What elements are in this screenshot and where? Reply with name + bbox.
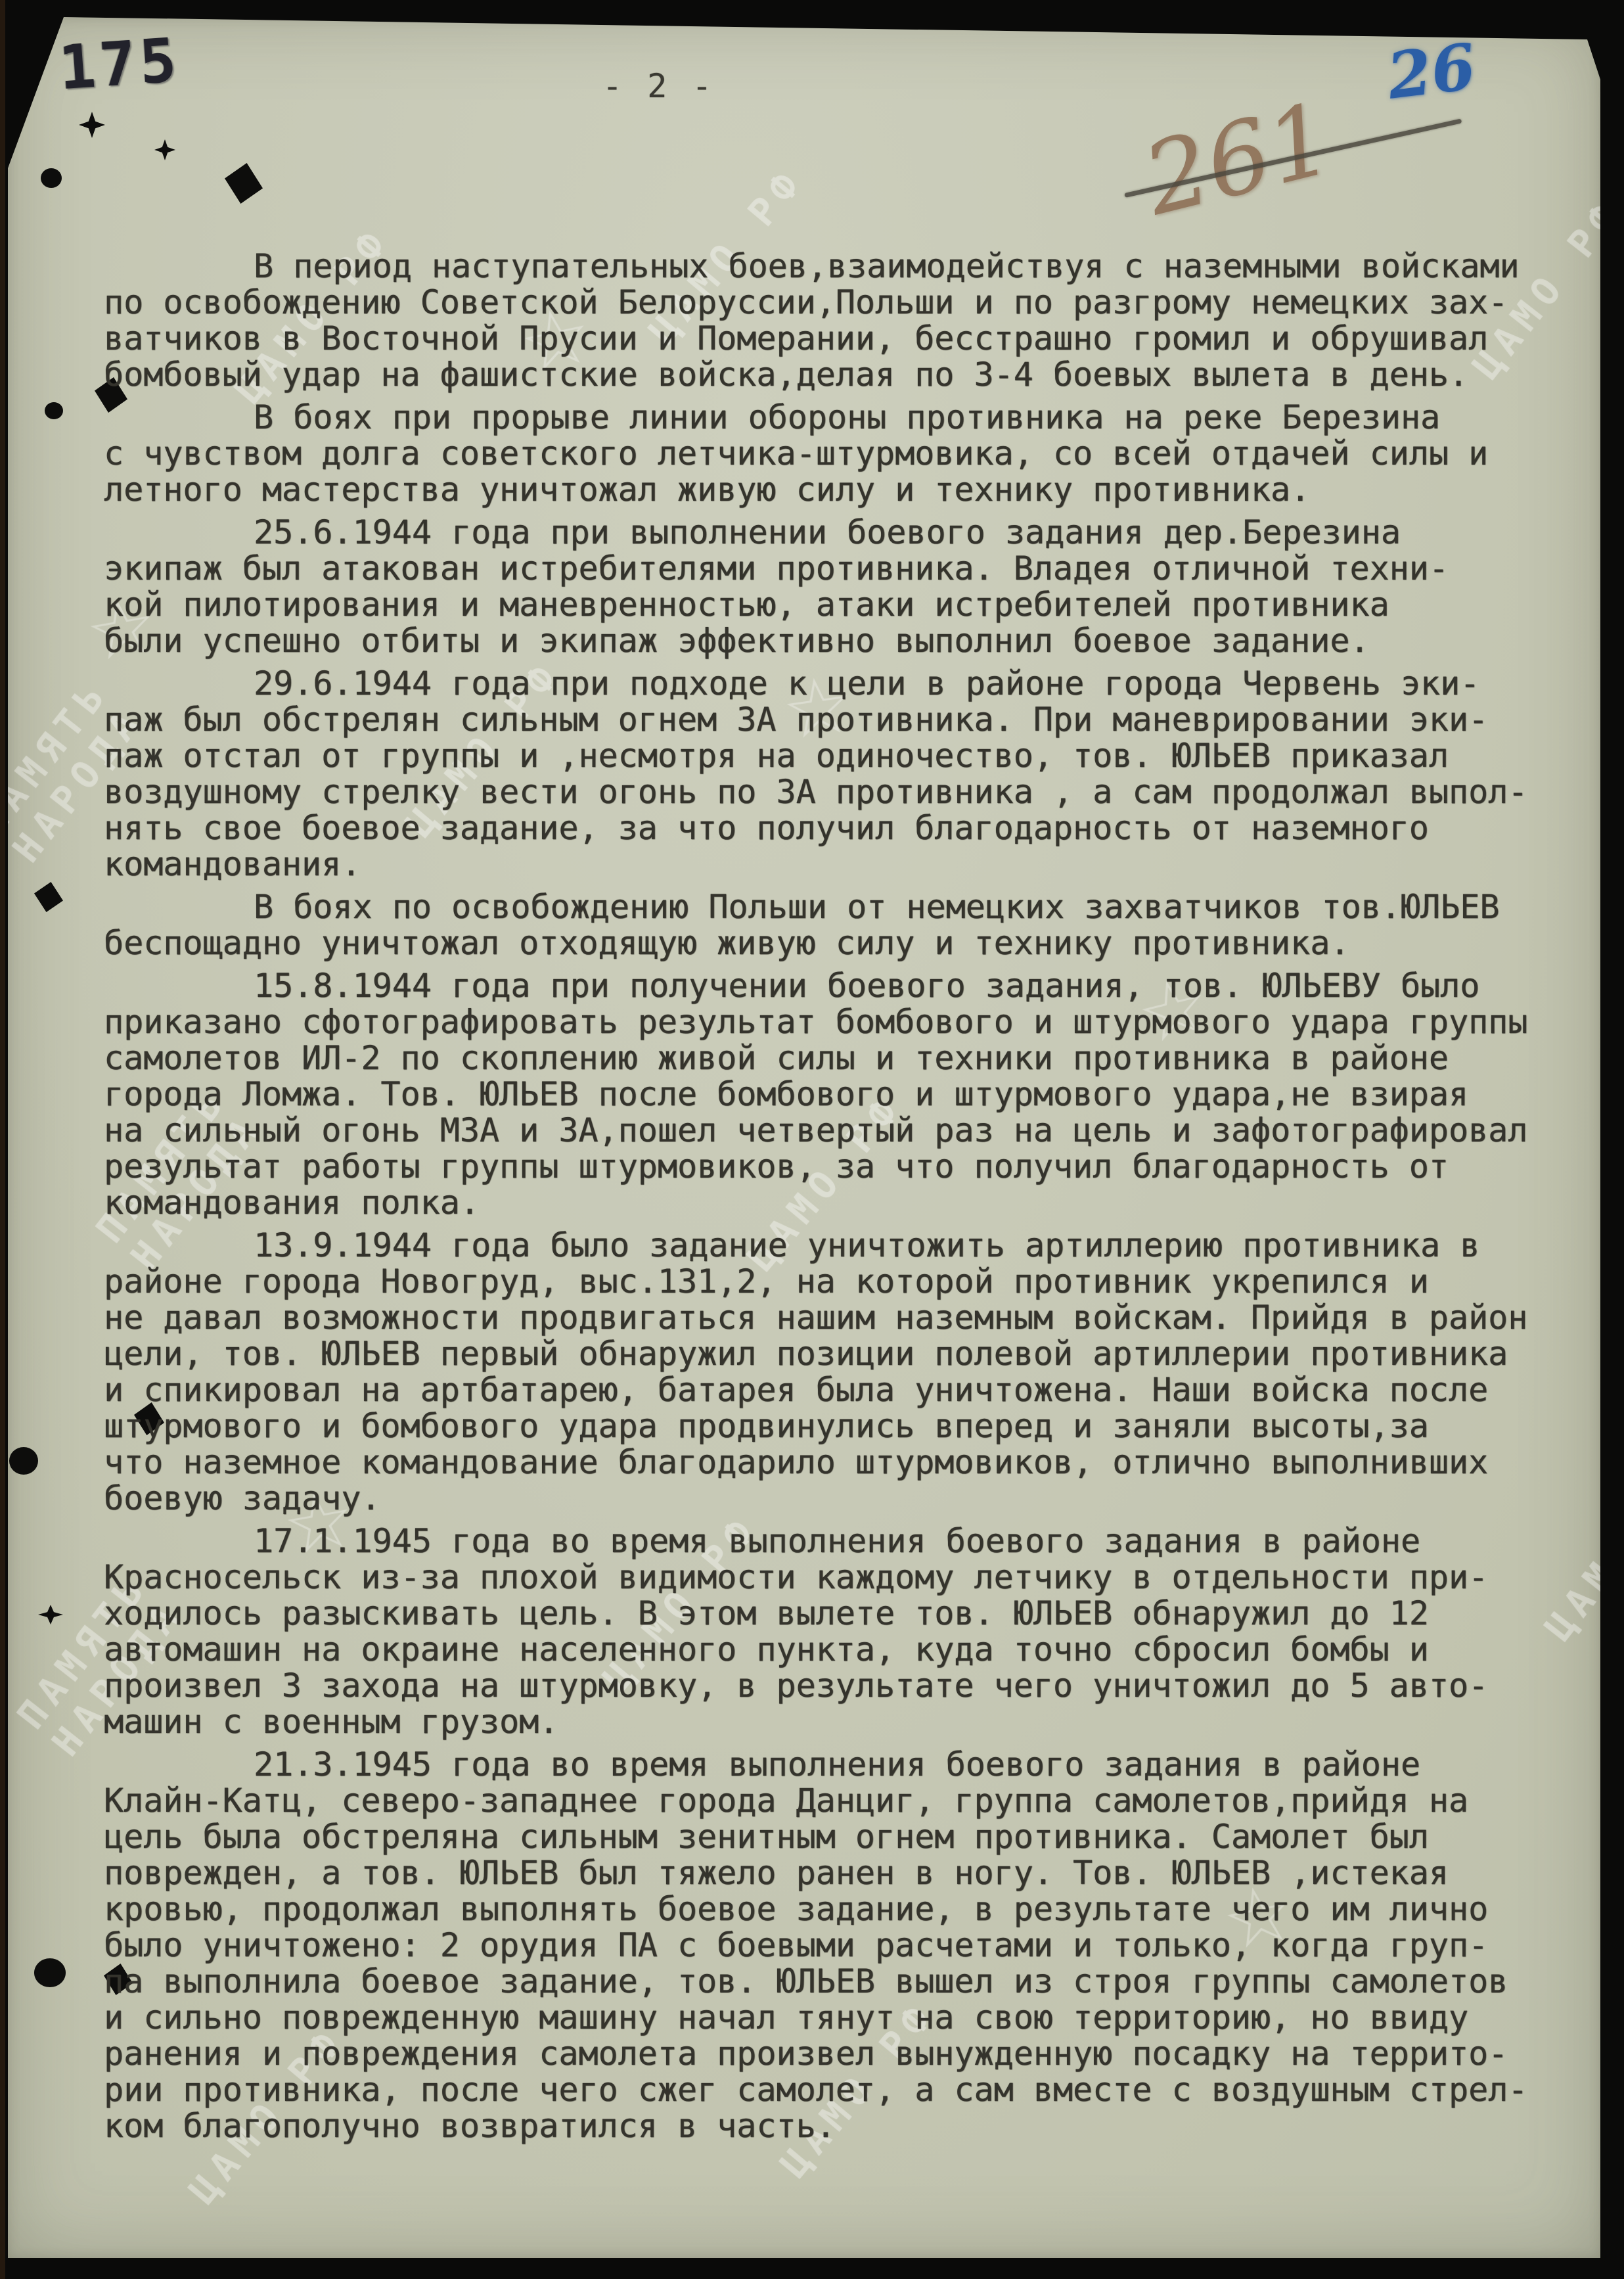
punch-hole — [9, 1447, 38, 1475]
paragraph-17-1-1945: 17.1.1945 года во время выполнения боево… — [104, 1523, 1575, 1740]
paragraph-offensive-ops: В период наступательных боев,взаимодейст… — [104, 248, 1575, 393]
punch-hole — [41, 168, 62, 188]
ink-blot — [79, 112, 105, 138]
handwritten-number-blue: 26 — [1384, 29, 1479, 113]
paragraph-13-9-1944: 13.9.1944 года было задание уничтожить а… — [104, 1228, 1575, 1517]
paragraph-21-3-1945: 21.3.1945 года во время выполнения боево… — [104, 1747, 1575, 2144]
archive-sheet-number-stamp: 175 — [56, 25, 182, 104]
paragraph-15-8-1944: 15.8.1944 года при получении боевого зад… — [104, 968, 1575, 1221]
ink-blot — [34, 882, 63, 912]
paragraph-berezina-line: В боях при прорыве линии обороны противн… — [104, 400, 1575, 508]
page-number: - 2 - — [602, 67, 715, 105]
punch-hole — [45, 402, 63, 419]
paragraph-25-6-1944: 25.6.1944 года при выполнении боевого за… — [104, 515, 1575, 659]
paragraph-29-6-1944: 29.6.1944 года при подходе к цели в райо… — [104, 666, 1575, 883]
handwritten-number-pencil: 261 — [1133, 81, 1343, 238]
typewritten-text: В период наступательных боев,взаимодейст… — [104, 248, 1575, 2151]
paper-sheet: ЦАМО РФ ЦАМО РФ ЦАМО РФ ☆ ☆ ЦАМО РФ ПАМЯ… — [8, 17, 1600, 2258]
ink-blot — [38, 1605, 63, 1624]
ink-blot — [154, 139, 175, 160]
ink-blot — [225, 163, 263, 204]
scan-edge — [0, 0, 5, 2279]
document-scan: ЦАМО РФ ЦАМО РФ ЦАМО РФ ☆ ☆ ЦАМО РФ ПАМЯ… — [0, 0, 1624, 2279]
paragraph-poland: В боях по освобождению Польши от немецки… — [104, 889, 1575, 961]
punch-hole — [34, 1958, 66, 1987]
